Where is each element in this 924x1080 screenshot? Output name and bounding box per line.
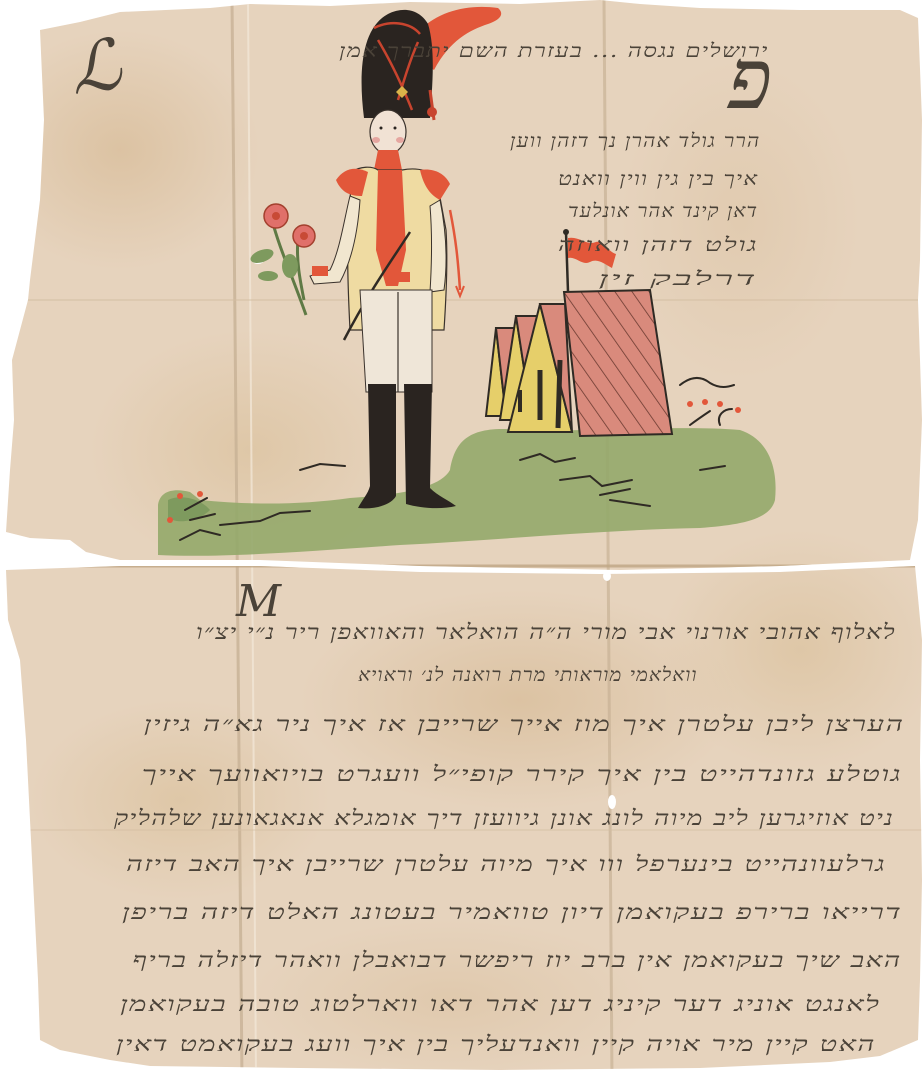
poem-line: הרר גולד אהרן נך דזהן ווען (510, 130, 760, 153)
monogram: ℒ (65, 23, 126, 111)
poem-line: דאן קינד אהר אונלעד (568, 200, 758, 223)
letter-line: האב שיך בעקואמן אין ברב יוז ריפשר דבואבל… (133, 948, 902, 973)
poem-line: דרלבק זין (599, 268, 758, 291)
letter-line: ניט אוזיגרען ליב מיוה לונג אונן גיוועזן … (114, 806, 894, 831)
letter-line: וואלאמי מוראותי מרת רואנה לנ׳ וראויא (359, 664, 698, 687)
scanned-letter: ℒ ירושלים נגסה ... בעזרת השם יתברך אמן פ… (0, 0, 924, 1080)
poem-line: איך בין גין ווין וואנט (558, 168, 758, 191)
letter-line: דרייאו ברירפ בעקואמן דיון טוואמיר בעטונג… (122, 900, 902, 925)
letter-line: הערצן ליבן עלטרן איך מוז אייך שרייבן אז … (144, 712, 904, 737)
letter-text: ℒ ירושלים נגסה ... בעזרת השם יתברך אמן פ… (0, 0, 924, 1080)
header-line: ירושלים נגסה ... בעזרת השם יתברך אמן (340, 40, 769, 63)
letter-line: גוטלע גזונדהייט בין איך קירר קופי״ל וועג… (142, 762, 902, 787)
letter-line: גרלעוונהייט בינערפל ווו איך מיוה עלטרן ש… (126, 852, 886, 877)
big-initial: פ (728, 30, 772, 129)
letter-line: האט קיין מיר אויה קיין וואנדעליך בין איך… (116, 1032, 876, 1057)
letter-line: לאלוף אהובי אורנוי אבי מורי ה״ה הואלאר ו… (196, 620, 896, 645)
poem-line: גולט דזהן וואוזה (558, 234, 758, 257)
letter-line: לאנגט אוניג דער קיניג דען אהר דאו ווארלט… (120, 992, 880, 1017)
